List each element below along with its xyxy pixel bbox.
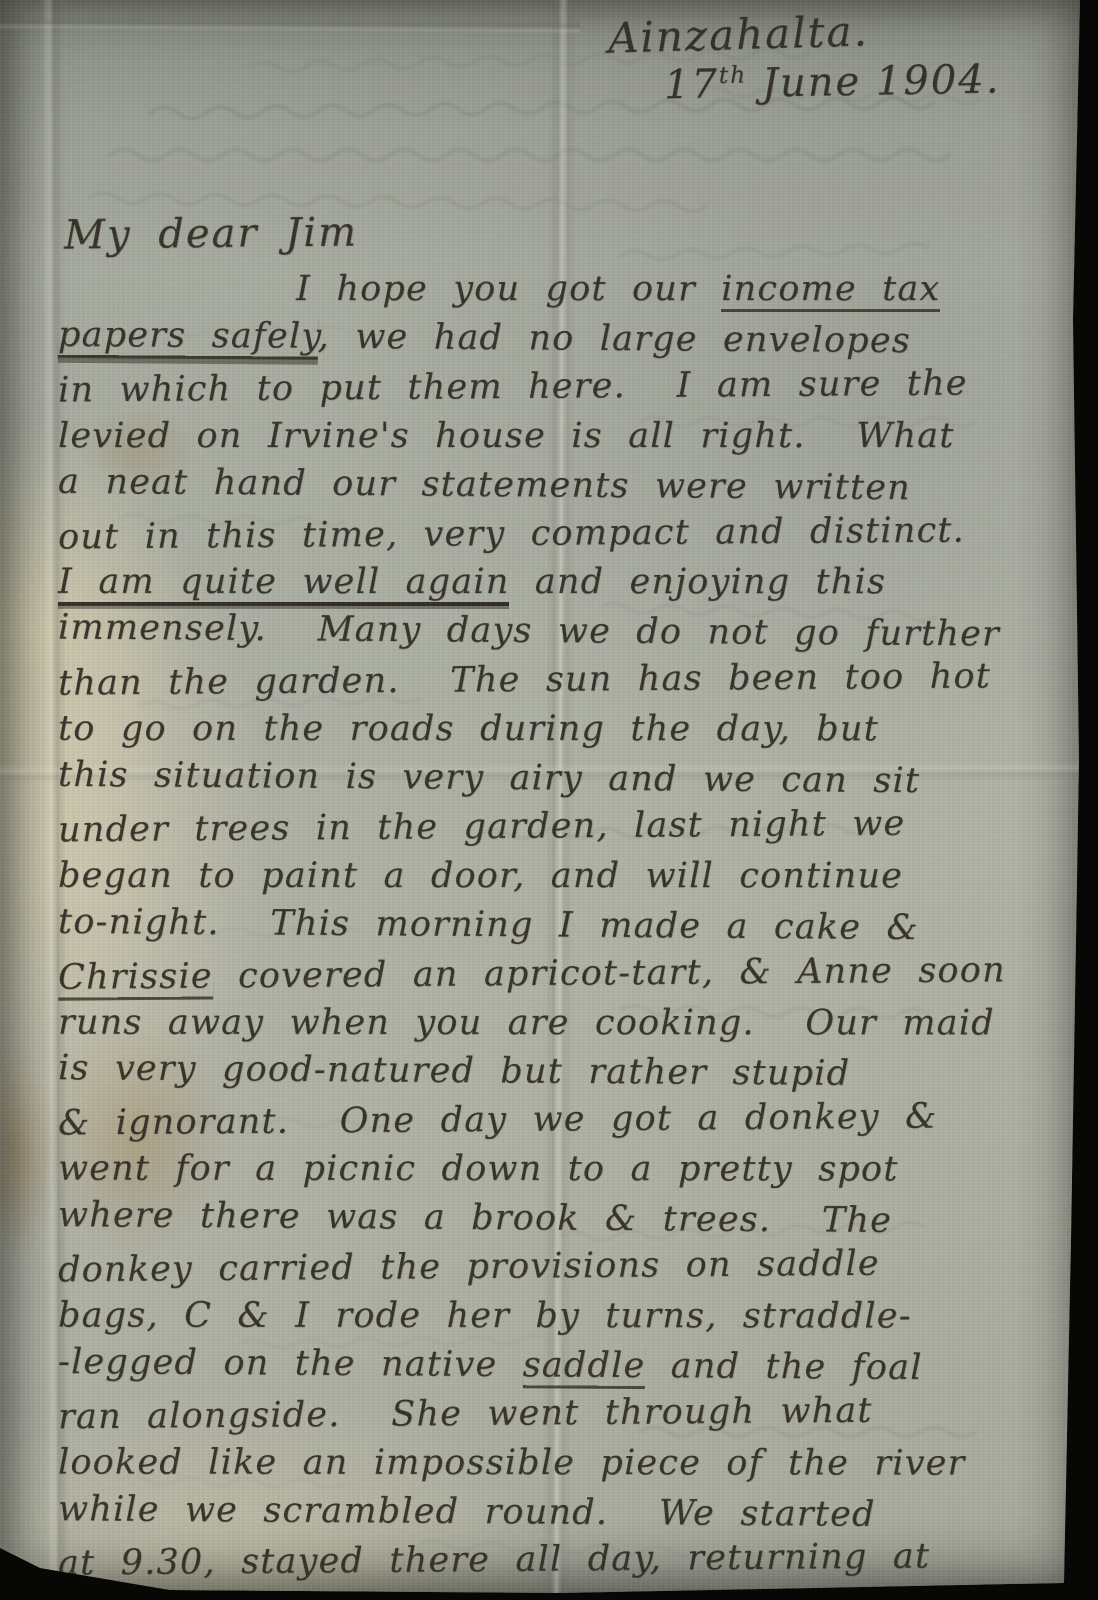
letter-line: ran alongside. She went through what <box>58 1393 873 1435</box>
letter-text: and enjoying this <box>509 562 886 602</box>
letter-line: at 9.30, stayed there all day, returning… <box>58 1540 930 1582</box>
underlined-phrase: Chrissie <box>58 956 213 997</box>
letter-text: went for a picnic down to a pretty spot <box>58 1149 899 1190</box>
letter-line: is very good-natured but rather stupid <box>58 1052 850 1093</box>
letter-text: than the garden. The sun has been too ho… <box>58 657 991 704</box>
letter-text: looked like an impossible piece of the r… <box>58 1442 966 1483</box>
letter-text: runs away when you are cooking. Our maid <box>58 1002 995 1043</box>
letter-text: levied on Irvine's house is all right. W… <box>58 416 955 456</box>
letter-line: -legged on the native saddle and the foa… <box>58 1345 923 1386</box>
letter-line: in which to put them here. I am sure the <box>58 366 968 408</box>
letter-line: out in this time, very compact and disti… <box>58 513 965 555</box>
letter-line: to-night. This morning I made a cake & <box>58 905 919 946</box>
letter-text: -legged on the native <box>58 1342 523 1385</box>
letter-line: a neat hand our statements were written <box>58 464 911 505</box>
letter-text: to go on the roads during the day, but <box>58 709 879 749</box>
letter-line: than the garden. The sun has been too ho… <box>58 660 991 702</box>
underlined-phrase: papers safely <box>58 315 318 357</box>
letter-line: donkey carried the provisions on saddle <box>58 1247 880 1289</box>
letter-line: immensely. Many days we do not go furthe… <box>58 611 1000 653</box>
letter-line: levied on Irvine's house is all right. W… <box>58 419 955 454</box>
letter-text: donkey carried the provisions on saddle <box>58 1244 880 1291</box>
letter-line: & ignorant. One day we got a donkey & <box>58 1100 938 1142</box>
top-fold-crease <box>0 16 580 34</box>
letter-line: I am quite well again and enjoying this <box>58 565 886 600</box>
letter-text: this situation is very airy and we can s… <box>58 755 920 801</box>
letter-place: Ainzahalta. <box>607 10 869 59</box>
letter-line: Chrissie covered an apricot-tart, & Anne… <box>58 953 1006 995</box>
letter-text: while we scrambled round. We started <box>58 1489 876 1535</box>
letter-line: under trees in the garden, last night we <box>58 807 906 849</box>
letter-text: under trees in the garden, last night we <box>58 804 906 851</box>
letter-text: out in this time, very compact and disti… <box>58 510 965 557</box>
letter-page: Ainzahalta. 17th June 1904. My dear Jim … <box>0 0 1098 1600</box>
letter-line: where there was a brook & trees. The <box>58 1198 892 1239</box>
letter-line: bags, C & I rode her by turns, straddle- <box>58 1298 912 1334</box>
letter-text: where there was a brook & trees. The <box>58 1195 892 1241</box>
letter-text: in which to put them here. I am sure the <box>58 363 968 410</box>
letter-line: papers safely, we had no large envelopes <box>58 318 911 359</box>
letter-text: immensely. Many days we do not go furthe… <box>58 608 1000 655</box>
scanned-letter: Ainzahalta. 17th June 1904. My dear Jim … <box>0 0 1098 1600</box>
letter-line: looked like an impossible piece of the r… <box>58 1445 966 1481</box>
letter-salutation: My dear Jim <box>64 212 358 255</box>
letter-text: at 9.30, stayed there all day, returning… <box>58 1537 930 1584</box>
letter-text: I hope you got our <box>296 269 721 309</box>
letter-text: bags, C & I rode her by turns, straddle- <box>58 1295 912 1336</box>
letter-text: began to paint a door, and will continue <box>58 856 903 896</box>
letter-line: began to paint a door, and will continue <box>58 859 903 894</box>
underlined-phrase: saddle <box>523 1345 646 1386</box>
letter-text: a neat hand our statements were written <box>58 461 911 507</box>
letter-line: went for a picnic down to a pretty spot <box>58 1152 899 1188</box>
letter-text: is very good-natured but rather stupid <box>58 1049 851 1095</box>
underlined-phrase: income tax <box>721 269 940 309</box>
letter-text: ran alongside. She went through what <box>58 1390 873 1437</box>
letter-text: to-night. This morning I made a cake & <box>58 902 919 948</box>
letter-line: this situation is very airy and we can s… <box>58 758 920 799</box>
letter-line: I hope you got our income tax <box>296 272 940 307</box>
letter-text: covered an apricot-tart, & Anne soon <box>213 950 1006 996</box>
letter-line: to go on the roads during the day, but <box>58 712 879 747</box>
letter-line: runs away when you are cooking. Our maid <box>58 1005 995 1041</box>
letter-date: 17th June 1904. <box>664 59 1001 105</box>
underlined-phrase: I am quite well again <box>58 562 509 602</box>
letter-line: while we scrambled round. We started <box>58 1492 876 1533</box>
letter-text: & ignorant. One day we got a donkey & <box>58 1097 938 1144</box>
letter-text: and the foal <box>645 1346 922 1388</box>
letter-text: , we had no large envelopes <box>317 317 911 361</box>
